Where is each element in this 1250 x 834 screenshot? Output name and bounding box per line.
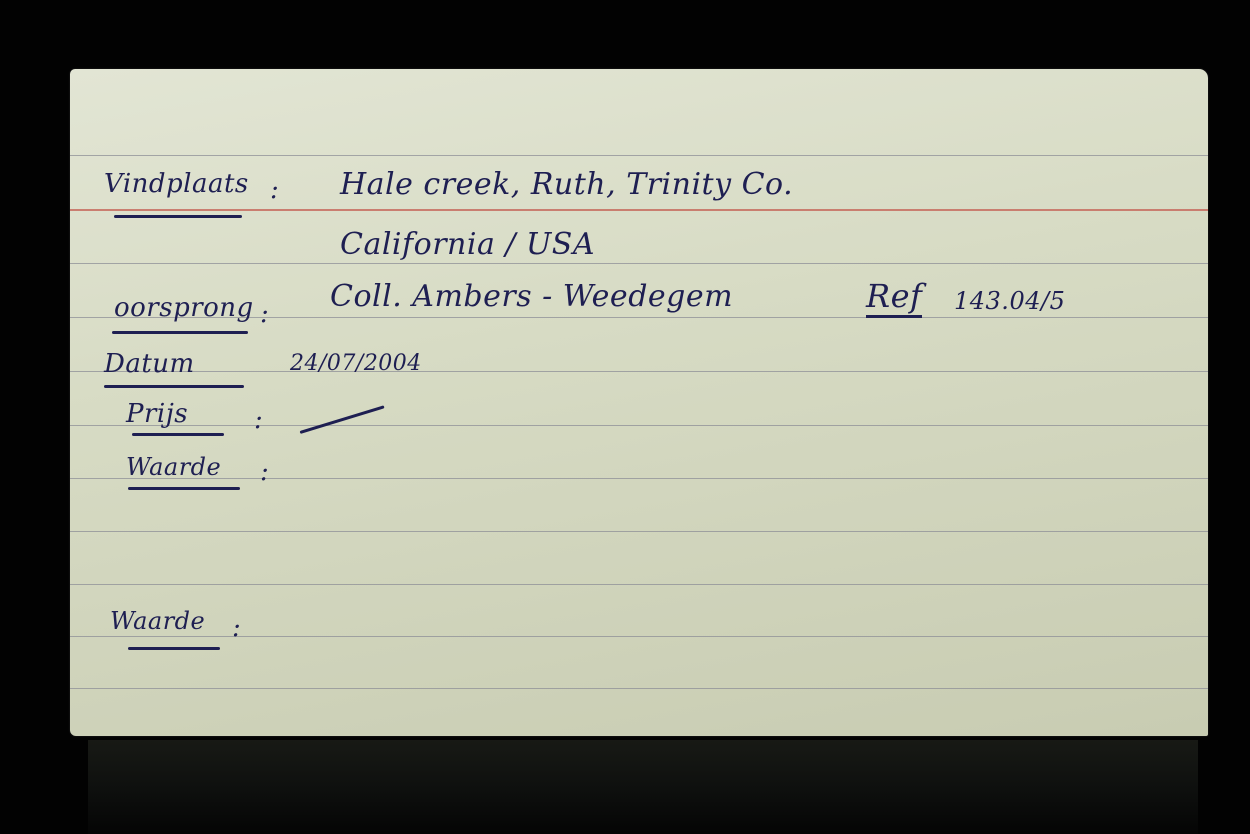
label-underline bbox=[128, 487, 240, 490]
field-label-vindplaats: Vindplaats bbox=[104, 169, 249, 199]
ruled-line bbox=[70, 263, 1208, 264]
label-underline bbox=[128, 647, 220, 650]
ruled-line bbox=[70, 425, 1208, 426]
card-reflection bbox=[88, 740, 1198, 834]
label-colon: : bbox=[270, 175, 279, 205]
label-underline bbox=[114, 215, 242, 218]
field-label-prijs: Prijs bbox=[126, 399, 188, 429]
index-card: Vindplaats : Hale creek, Ruth, Trinity C… bbox=[70, 69, 1208, 736]
label-underline bbox=[112, 331, 248, 334]
field-label-oorsprong: oorsprong bbox=[114, 293, 254, 323]
ruled-line bbox=[70, 478, 1208, 479]
field-value-origin: Coll. Ambers - Weedegem bbox=[330, 279, 733, 314]
field-value-location-line1: Hale creek, Ruth, Trinity Co. bbox=[340, 167, 793, 202]
label-colon: : bbox=[260, 457, 269, 487]
label-colon: : bbox=[260, 299, 269, 329]
ruled-line bbox=[70, 371, 1208, 372]
ruled-line bbox=[70, 531, 1208, 532]
ruled-line bbox=[70, 155, 1208, 156]
field-label-datum: Datum bbox=[104, 349, 195, 379]
field-value-date: 24/07/2004 bbox=[290, 351, 422, 376]
field-label-waarde: Waarde bbox=[126, 453, 221, 481]
label-underline bbox=[132, 433, 224, 436]
field-value-location-line2: California / USA bbox=[340, 227, 595, 262]
ruled-line bbox=[70, 688, 1208, 689]
header-margin-rule bbox=[70, 209, 1208, 211]
ruled-line bbox=[70, 584, 1208, 585]
label-underline bbox=[104, 385, 244, 388]
field-label-waarde-2: Waarde bbox=[110, 607, 205, 635]
reference-number: 143.04/5 bbox=[954, 287, 1065, 315]
reference-label: Ref bbox=[866, 277, 922, 318]
label-colon: : bbox=[232, 613, 241, 643]
label-colon: : bbox=[254, 405, 263, 435]
dash-stroke-mark bbox=[300, 405, 385, 434]
